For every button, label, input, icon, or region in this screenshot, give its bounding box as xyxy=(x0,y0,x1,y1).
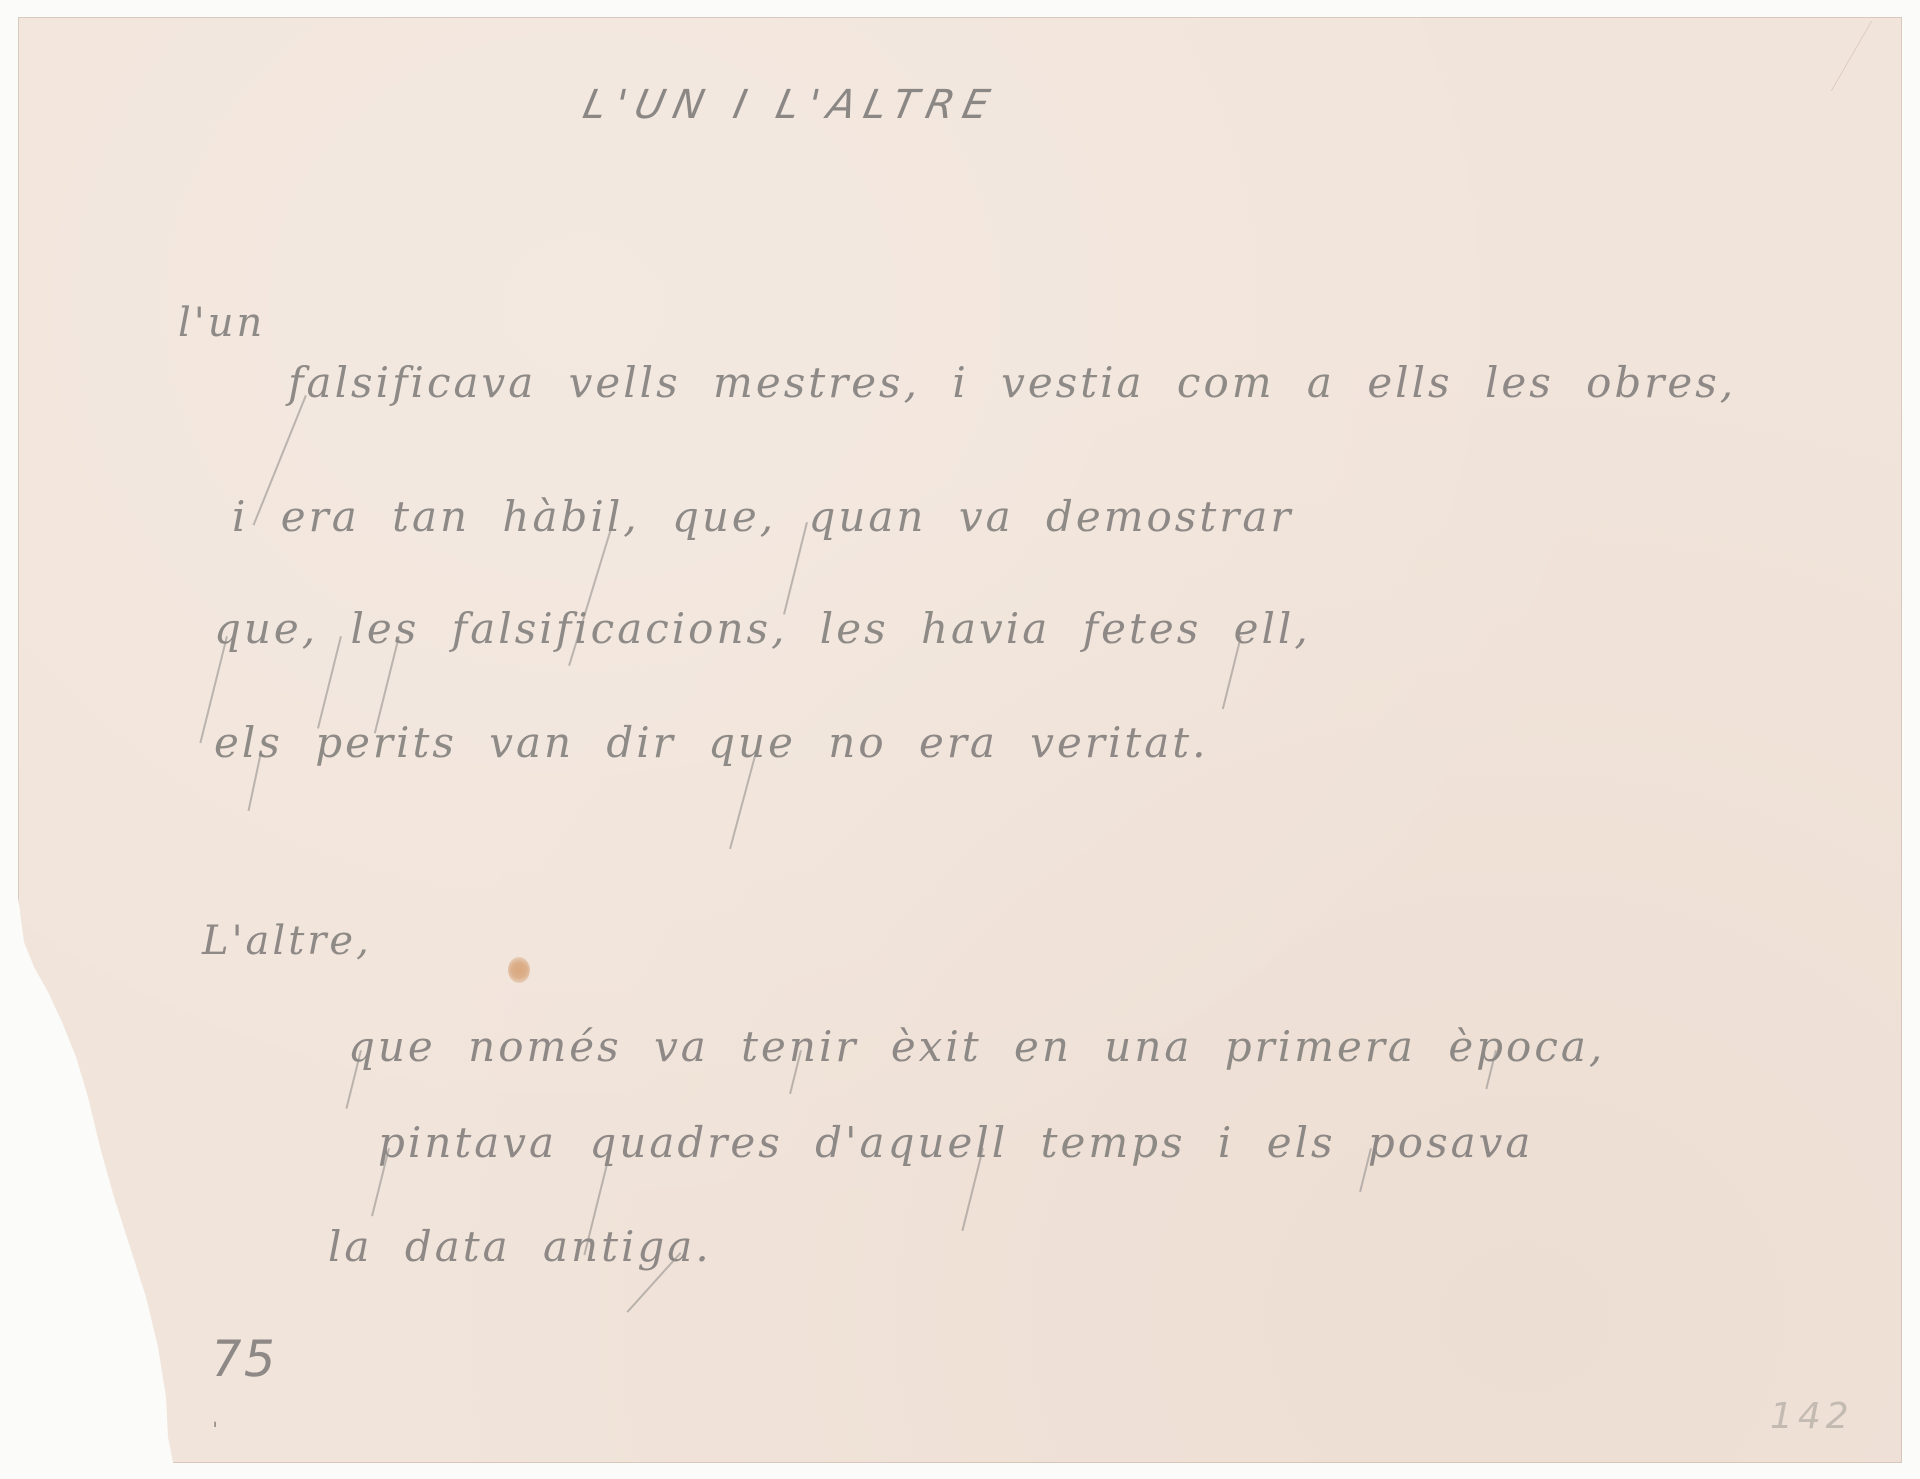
stanza-1-line-3: que, les falsificacions, les havia fetes… xyxy=(214,604,1311,653)
poem-title: L'UN I L'ALTRE xyxy=(579,82,1002,128)
corner-crease xyxy=(1831,21,1912,91)
pencil-tick-mark: ˌ xyxy=(212,1405,221,1430)
stanza-2-line-2: pintava quadres d'aquell temps i els pos… xyxy=(378,1118,1533,1167)
page-number-left: 75 xyxy=(205,1330,283,1388)
stanza-2-label: L'altre, xyxy=(202,918,372,964)
stanza-1-label: l'un xyxy=(178,300,265,346)
foxing-stain xyxy=(508,957,530,983)
page-number-right: 142 xyxy=(1770,1396,1854,1437)
stanza-1-line-1: falsificava vells mestres, i vestia com … xyxy=(288,358,1736,407)
stanza-2-line-1: que només va tenir èxit en una primera è… xyxy=(348,1022,1605,1071)
stanza-1-line-4: els perits van dir que no era veritat. xyxy=(214,718,1209,767)
stanza-2-line-3: la data antiga. xyxy=(328,1222,712,1271)
stanza-1-line-2: i era tan hàbil, que, quan va demostrar xyxy=(232,492,1293,541)
